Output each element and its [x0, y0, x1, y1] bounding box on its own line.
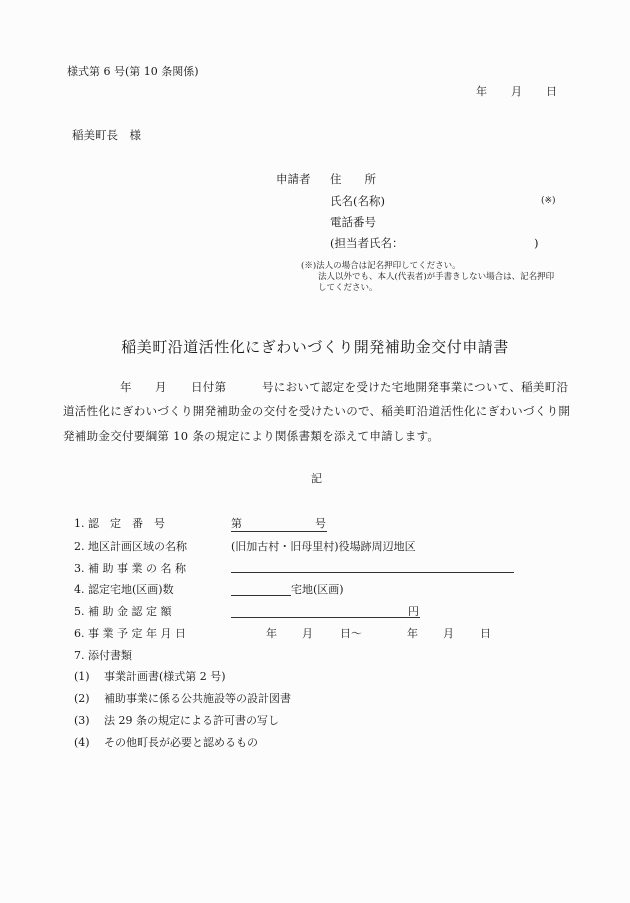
item-3-label: 3. 補 助 事 業 の 名 称	[74, 563, 186, 574]
date-day: 日	[546, 86, 557, 97]
ki-heading: 記	[311, 473, 322, 484]
item-4-label: 4. 認定宅地(区画)数	[74, 584, 174, 595]
seal-mark: (※)	[541, 197, 556, 206]
item-2-value: (旧加古村・旧母里村)役場跡周辺地区	[231, 541, 416, 552]
attachment-1-num: (1)	[74, 671, 90, 682]
item-6-from-year: 年	[266, 628, 277, 639]
attachment-1-text: 事業計画書(様式第 2 号)	[104, 671, 226, 682]
attachment-4-num: (4)	[74, 737, 90, 748]
form-number: 様式第 6 号(第 10 条関係)	[67, 66, 199, 77]
phone-label: 電話番号	[330, 217, 376, 229]
name-label: 氏名(名称)	[330, 196, 385, 208]
contact-close: )	[534, 238, 539, 250]
applicant-label: 申請者	[276, 174, 311, 186]
attachment-2-text: 補助事業に係る公共施設等の設計図書	[104, 693, 291, 704]
date-year: 年	[476, 86, 487, 97]
contact-label: (担当者氏名：	[330, 238, 404, 250]
attachment-2-num: (2)	[74, 693, 90, 704]
item-5-suffix: 円	[408, 606, 419, 617]
lot-count-field[interactable]	[231, 595, 291, 596]
item-1-prefix: 第	[231, 518, 242, 529]
document-title: 稲美町沿道活性化にぎわいづくり開発補助金交付申請書	[0, 340, 630, 355]
item-6-from-month: 月	[302, 628, 313, 639]
certification-number-field[interactable]	[231, 531, 327, 532]
body-year: 年	[120, 382, 132, 394]
note-line-3: してください。	[318, 284, 378, 293]
item-6-to-day: 日	[480, 628, 491, 639]
body-issue-text: 号において認定を受けた宅地開発事業について、稲美町沿	[262, 382, 568, 394]
item-6-label: 6. 事 業 予 定 年 月 日	[74, 628, 186, 639]
item-4-suffix: 宅地(区画)	[291, 584, 344, 595]
body-date-no: 日付第	[191, 382, 226, 394]
item-6-to-month: 月	[443, 628, 454, 639]
addressee: 稲美町長 様	[72, 130, 141, 142]
attachment-3-num: (3)	[74, 715, 90, 726]
item-5-label: 5. 補 助 金 認 定 額	[74, 606, 171, 617]
item-1-suffix: 号	[315, 518, 326, 529]
item-1-label: 1. 認 定 番 号	[74, 518, 165, 529]
body-line-2: 道活性化にぎわいづくり開発補助金の交付を受けたいので、稲美町沿道活性化にぎわいづ…	[63, 406, 570, 418]
project-name-field[interactable]	[231, 572, 514, 573]
item-6-from-day: 日〜	[340, 628, 362, 639]
date-month: 月	[511, 86, 522, 97]
attachment-4-text: その他町長が必要と認めるもの	[104, 737, 258, 748]
address-label: 住 所	[330, 174, 376, 186]
attachment-3-text: 法 29 条の規定による許可書の写し	[104, 715, 279, 726]
note-line-2: 法人以外でも、本人(代表者)が手書きしない場合は、記名押印	[318, 273, 554, 282]
body-month: 月	[155, 382, 167, 394]
note-line-1: (※)法人の場合は記名押印してください。	[301, 262, 461, 271]
item-6-to-year: 年	[407, 628, 418, 639]
subsidy-amount-field[interactable]	[231, 617, 420, 618]
item-7-label: 7. 添付書類	[74, 650, 132, 661]
item-2-label: 2. 地区計画区域の名称	[74, 541, 187, 552]
body-line-3: 発補助金交付要綱第 10 条の規定により関係書類を添えて申請します。	[63, 431, 439, 443]
